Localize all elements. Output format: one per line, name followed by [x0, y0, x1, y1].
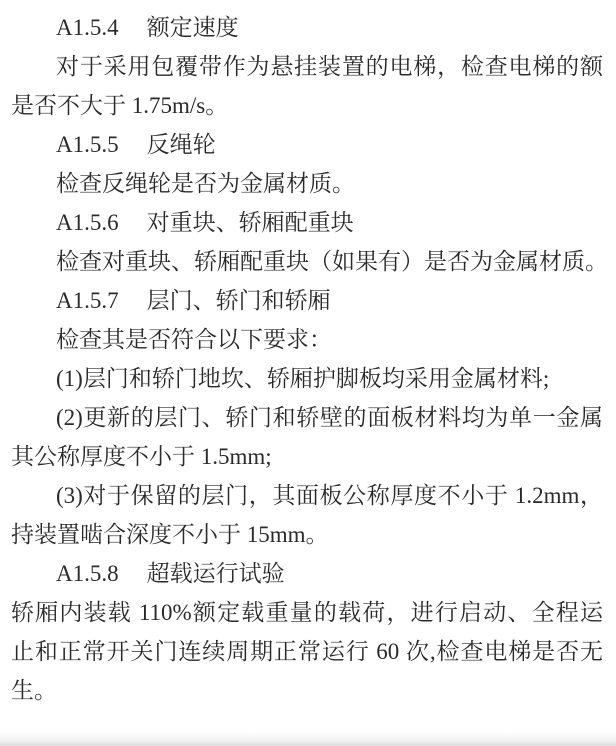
- list-item-3: (3)对于保留的层门，其面板公称厚度不小于 1.2mm，下部保: [11, 476, 603, 515]
- section-title: 超载运行试验: [147, 561, 285, 586]
- section-title: 反绳轮: [147, 132, 216, 157]
- paragraph-line: 对于采用包覆带作为悬挂装置的电梯，检查电梯的额定速度: [11, 47, 603, 86]
- section-title: 对重块、轿厢配重块: [147, 210, 354, 235]
- paragraph-line: 持装置啮合深度不小于 15mm。: [11, 515, 603, 554]
- list-item-1: (1)层门和轿门地坎、轿厢护脚板均采用金属材料;: [11, 359, 603, 398]
- section-heading-a157: A1.5.7层门、轿门和轿厢: [11, 281, 603, 320]
- section-heading-a154: A1.5.4额定速度: [11, 8, 603, 47]
- section-number: A1.5.7: [56, 288, 119, 313]
- paragraph-line: 是否不大于 1.75m/s。: [11, 86, 603, 125]
- section-title: 层门、轿门和轿厢: [147, 288, 331, 313]
- section-title: 额定速度: [147, 15, 239, 40]
- page-scan-edge: [0, 730, 616, 746]
- paragraph-line: 止和正常开关门连续周期正常运行 60 次,检查电梯是否无故障发: [11, 632, 603, 671]
- section-heading-a158: A1.5.8超载运行试验: [11, 554, 603, 593]
- section-number: A1.5.5: [56, 132, 119, 157]
- section-number: A1.5.4: [56, 15, 119, 40]
- section-heading-a156: A1.5.6对重块、轿厢配重块: [11, 203, 603, 242]
- paragraph-line: 生。: [11, 671, 603, 710]
- list-item-2: (2)更新的层门、轿门和轿壁的面板材料均为单一金属材质，: [11, 398, 603, 437]
- section-number: A1.5.8: [56, 561, 119, 586]
- document-page: A1.5.4额定速度 对于采用包覆带作为悬挂装置的电梯，检查电梯的额定速度 是否…: [0, 0, 616, 746]
- section-number: A1.5.6: [56, 210, 119, 235]
- paragraph-line: 检查其是否符合以下要求：: [11, 320, 603, 359]
- paragraph-line: 检查对重块、轿厢配重块（如果有）是否为金属材质。: [11, 242, 603, 281]
- paragraph-line: 其公称厚度不小于 1.5mm;: [11, 437, 603, 476]
- paragraph-line: 检查反绳轮是否为金属材质。: [11, 164, 603, 203]
- paragraph-line: 轿厢内装载 110%额定载重量的载荷，进行启动、全程运行、停: [11, 593, 603, 632]
- section-heading-a155: A1.5.5反绳轮: [11, 125, 603, 164]
